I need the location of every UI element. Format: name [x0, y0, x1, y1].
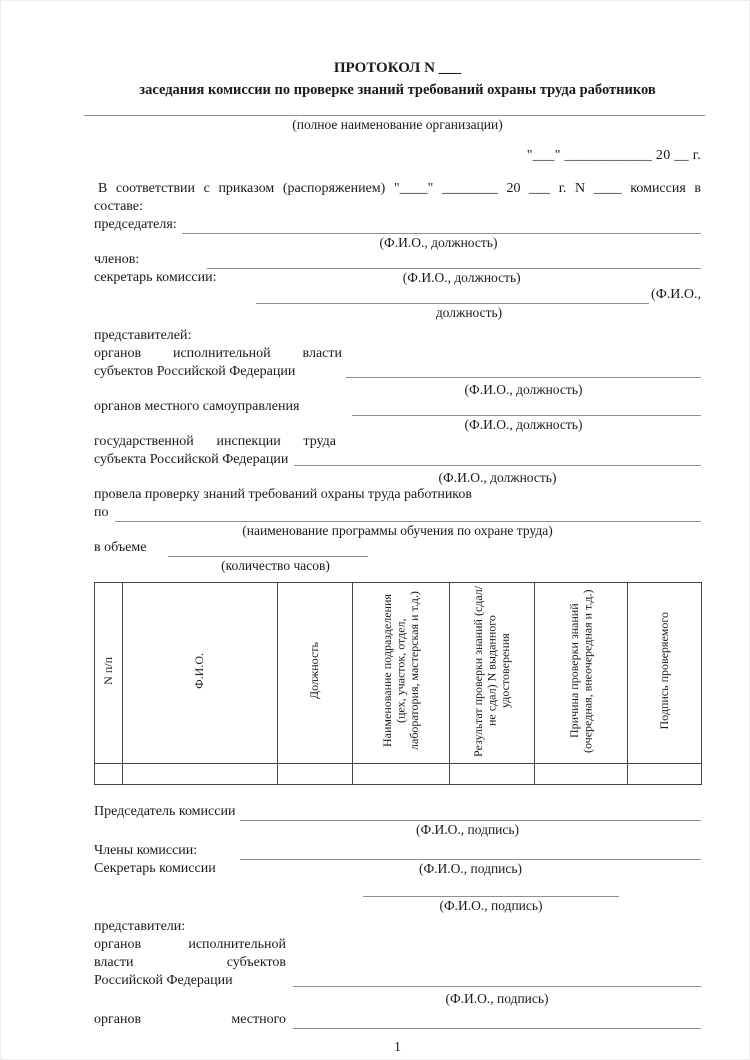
- members-label: членов:: [94, 251, 207, 269]
- table-empty-row: [95, 764, 702, 785]
- empty-cell: [95, 764, 123, 785]
- inspection-label-line1: государственной инспекции труда: [94, 433, 336, 451]
- page-number: 1: [94, 1039, 701, 1057]
- chairman-label: председателя:: [94, 216, 182, 234]
- sig-chairman-label: Председатель комиссии: [94, 803, 240, 821]
- program-caption: (наименование программы обучения по охра…: [94, 522, 701, 539]
- organization-name-line: [84, 100, 705, 116]
- conducted-text: провела проверку знаний требований охран…: [94, 486, 701, 504]
- local-gov-fill-line: [352, 400, 701, 416]
- program-row: по: [94, 504, 701, 522]
- chairman-caption-row: (Ф.И.О., должность): [94, 234, 701, 251]
- sig-local-gov-label: органов местного: [94, 1011, 286, 1029]
- intro-paragraph-line1: В соответствии с приказом (распоряжением…: [94, 180, 701, 198]
- chairman-fill-line: [182, 218, 701, 234]
- executive-label-line2: субъектов Российской Федерации: [94, 363, 342, 381]
- local-gov-caption-row: (Ф.И.О., должность): [94, 416, 701, 433]
- col-header-signature-text: Подпись проверяемого: [658, 612, 672, 729]
- members-fill-line: [207, 253, 701, 269]
- document-page: ПРОТОКОЛ N ___ заседания комиссии по про…: [0, 0, 750, 1060]
- col-header-position: Должность: [278, 583, 353, 764]
- volume-label: в объеме: [94, 539, 152, 557]
- chairman-row: председателя:: [94, 216, 701, 234]
- executive-label-line1: органов исполнительной власти: [94, 345, 342, 363]
- sig-extra-fill-line: [363, 882, 619, 897]
- empty-cell: [123, 764, 278, 785]
- representatives-label: представителей:: [94, 327, 701, 345]
- col-header-department-text: Наименование подразделения (цех, участок…: [381, 585, 422, 757]
- sig-chairman-row: Председатель комиссии: [94, 803, 701, 821]
- intro-paragraph-line2: составе:: [94, 198, 701, 216]
- col-header-fio-text: Ф.И.О.: [193, 653, 207, 689]
- document-subtitle: заседания комиссии по проверке знаний тр…: [94, 81, 701, 100]
- sig-executive-caption: (Ф.И.О., подпись): [293, 990, 701, 1007]
- empty-cell: [278, 764, 353, 785]
- sig-local-gov-row: органов местного: [94, 1011, 701, 1029]
- program-fill-line: [115, 506, 702, 522]
- executive-authority-block: органов исполнительной власти субъектов …: [94, 345, 701, 381]
- sig-executive-caption-row: (Ф.И.О., подпись): [94, 990, 701, 1007]
- col-header-number-text: N п/п: [102, 657, 116, 685]
- sig-executive-fill-line: [293, 986, 701, 987]
- sig-executive-line2: власти субъектов: [94, 954, 286, 972]
- inspection-fill-line: [294, 465, 701, 466]
- empty-cell: [353, 764, 450, 785]
- col-header-reason-text: Причина проверки знаний (очередная, внео…: [568, 585, 595, 757]
- col-header-reason: Причина проверки знаний (очередная, внео…: [535, 583, 628, 764]
- empty-cell: [535, 764, 628, 785]
- sig-representatives-label: представители:: [94, 918, 701, 936]
- col-header-signature: Подпись проверяемого: [628, 583, 702, 764]
- col-header-position-text: Должность: [308, 642, 322, 699]
- verification-table: N п/п Ф.И.О. Должность Наименование подр…: [94, 582, 702, 785]
- secretary-fill-line: [256, 288, 649, 304]
- program-label: по: [94, 504, 115, 522]
- sig-secretary-label: Секретарь комиссии: [94, 861, 240, 877]
- col-header-fio: Ф.И.О.: [123, 583, 278, 764]
- empty-cell: [450, 764, 535, 785]
- local-gov-row: органов местного самоуправления: [94, 398, 701, 416]
- secretary-row: секретарь комиссии: (Ф.И.О., должность): [94, 269, 701, 286]
- secretary-fio-tail: (Ф.И.О.,: [649, 286, 701, 304]
- sig-chairman-caption: (Ф.И.О., подпись): [234, 821, 701, 838]
- executive-fill-line: [346, 377, 701, 378]
- members-row: членов:: [94, 251, 701, 269]
- sig-secretary-row: Секретарь комиссии (Ф.И.О., подпись): [94, 860, 701, 877]
- sig-executive-line3: Российской Федерации: [94, 972, 286, 990]
- sig-members-fill-line: [240, 844, 701, 860]
- inspection-label-line2: субъекта Российской Федерации: [94, 451, 336, 469]
- sig-members-row: Члены комиссии:: [94, 842, 701, 860]
- document-title: ПРОТОКОЛ N ___: [94, 59, 701, 78]
- inspection-caption: (Ф.И.О., должность): [294, 469, 701, 486]
- sig-local-gov-fill-line: [293, 1013, 701, 1029]
- table-header-row: N п/п Ф.И.О. Должность Наименование подр…: [95, 583, 702, 764]
- chairman-caption: (Ф.И.О., должность): [176, 234, 701, 251]
- local-gov-caption: (Ф.И.О., должность): [346, 416, 701, 433]
- col-header-number: N п/п: [95, 583, 123, 764]
- sig-members-label: Члены комиссии:: [94, 842, 240, 860]
- state-inspection-block: государственной инспекции труда субъекта…: [94, 433, 701, 469]
- secretary-caption-wrap: должность): [374, 304, 564, 321]
- members-caption: (Ф.И.О., должность): [222, 269, 701, 286]
- document-content: ПРОТОКОЛ N ___ заседания комиссии по про…: [94, 59, 701, 1057]
- sig-extra-caption: (Ф.И.О., подпись): [363, 897, 619, 914]
- col-header-result-text: Результат проверки знаний (сдал/не сдал)…: [472, 585, 513, 757]
- empty-cell: [628, 764, 702, 785]
- secretary-line-row: (Ф.И.О.,: [94, 286, 701, 304]
- volume-row: в объеме: [94, 539, 701, 557]
- organization-caption: (полное наименование организации): [94, 116, 701, 133]
- local-gov-label: органов местного самоуправления: [94, 398, 352, 416]
- volume-caption: (количество часов): [168, 557, 383, 574]
- volume-fill-line: [168, 541, 368, 557]
- col-header-department: Наименование подразделения (цех, участок…: [353, 583, 450, 764]
- inspection-caption-row: (Ф.И.О., должность): [94, 469, 701, 486]
- executive-caption: (Ф.И.О., должность): [346, 381, 701, 398]
- sig-executive-line1: органов исполнительной: [94, 936, 286, 954]
- sig-executive-block: органов исполнительной власти субъектов …: [94, 936, 701, 990]
- executive-caption-row: (Ф.И.О., должность): [94, 381, 701, 398]
- sig-chairman-fill-line: [240, 805, 701, 821]
- col-header-result: Результат проверки знаний (сдал/не сдал)…: [450, 583, 535, 764]
- sig-chairman-caption-row: (Ф.И.О., подпись): [94, 821, 701, 838]
- sig-secretary-caption: (Ф.И.О., подпись): [240, 860, 701, 877]
- secretary-label: секретарь комиссии:: [94, 270, 222, 286]
- date-line: "___" ____________ 20 __ г.: [94, 147, 701, 165]
